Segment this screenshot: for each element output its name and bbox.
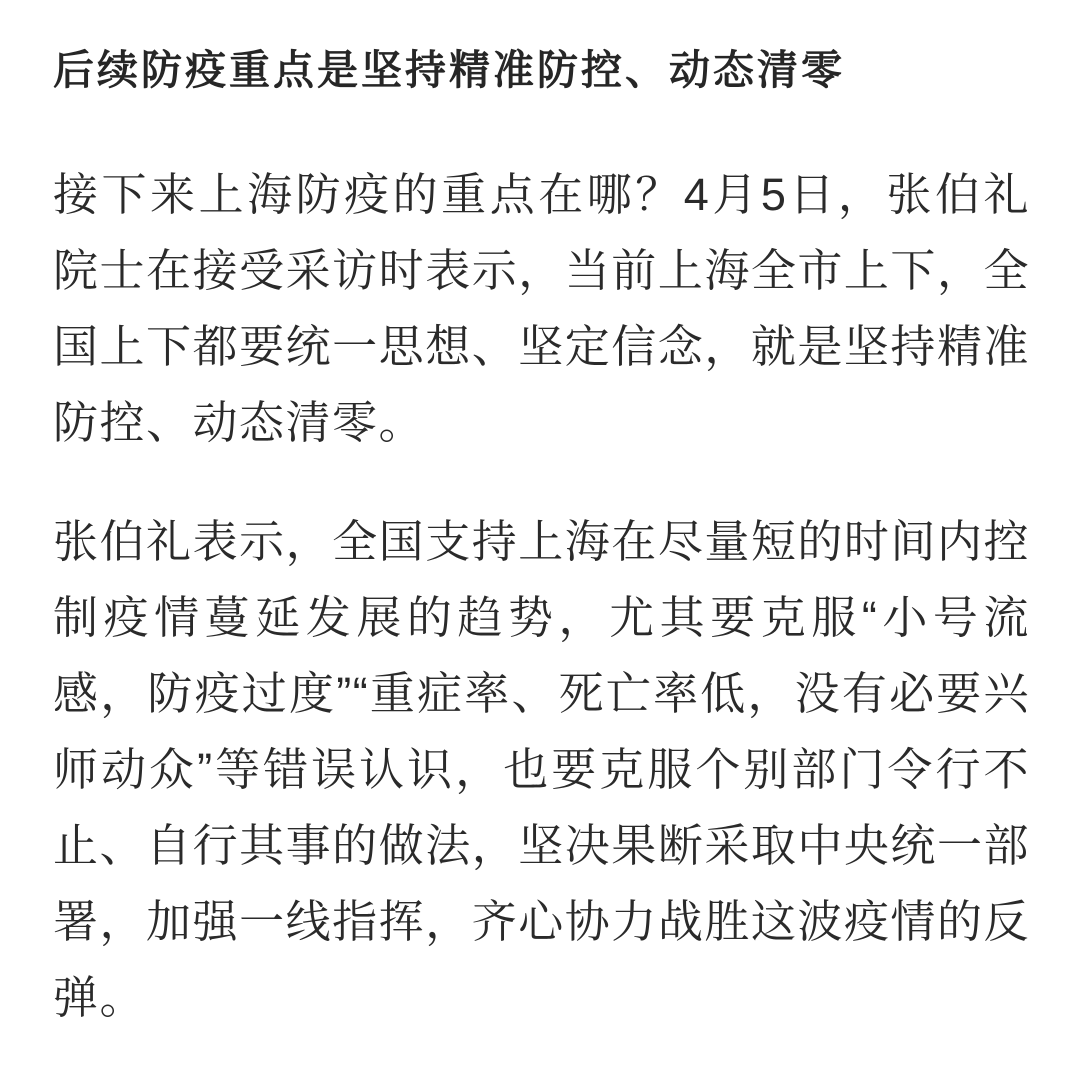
article-body: 后续防疫重点是坚持精准防控、动态清零 接下来上海防疫的重点在哪？4月5日，张伯礼… — [0, 0, 1080, 1076]
article-paragraph: 张伯礼表示，全国支持上海在尽量短的时间内控制疫情蔓延发展的趋势，尤其要克服“小号… — [53, 504, 1030, 1036]
article-title: 后续防疫重点是坚持精准防控、动态清零 — [53, 42, 1030, 99]
article-paragraph: 接下来上海防疫的重点在哪？4月5日，张伯礼院士在接受采访时表示，当前上海全市上下… — [53, 157, 1030, 461]
